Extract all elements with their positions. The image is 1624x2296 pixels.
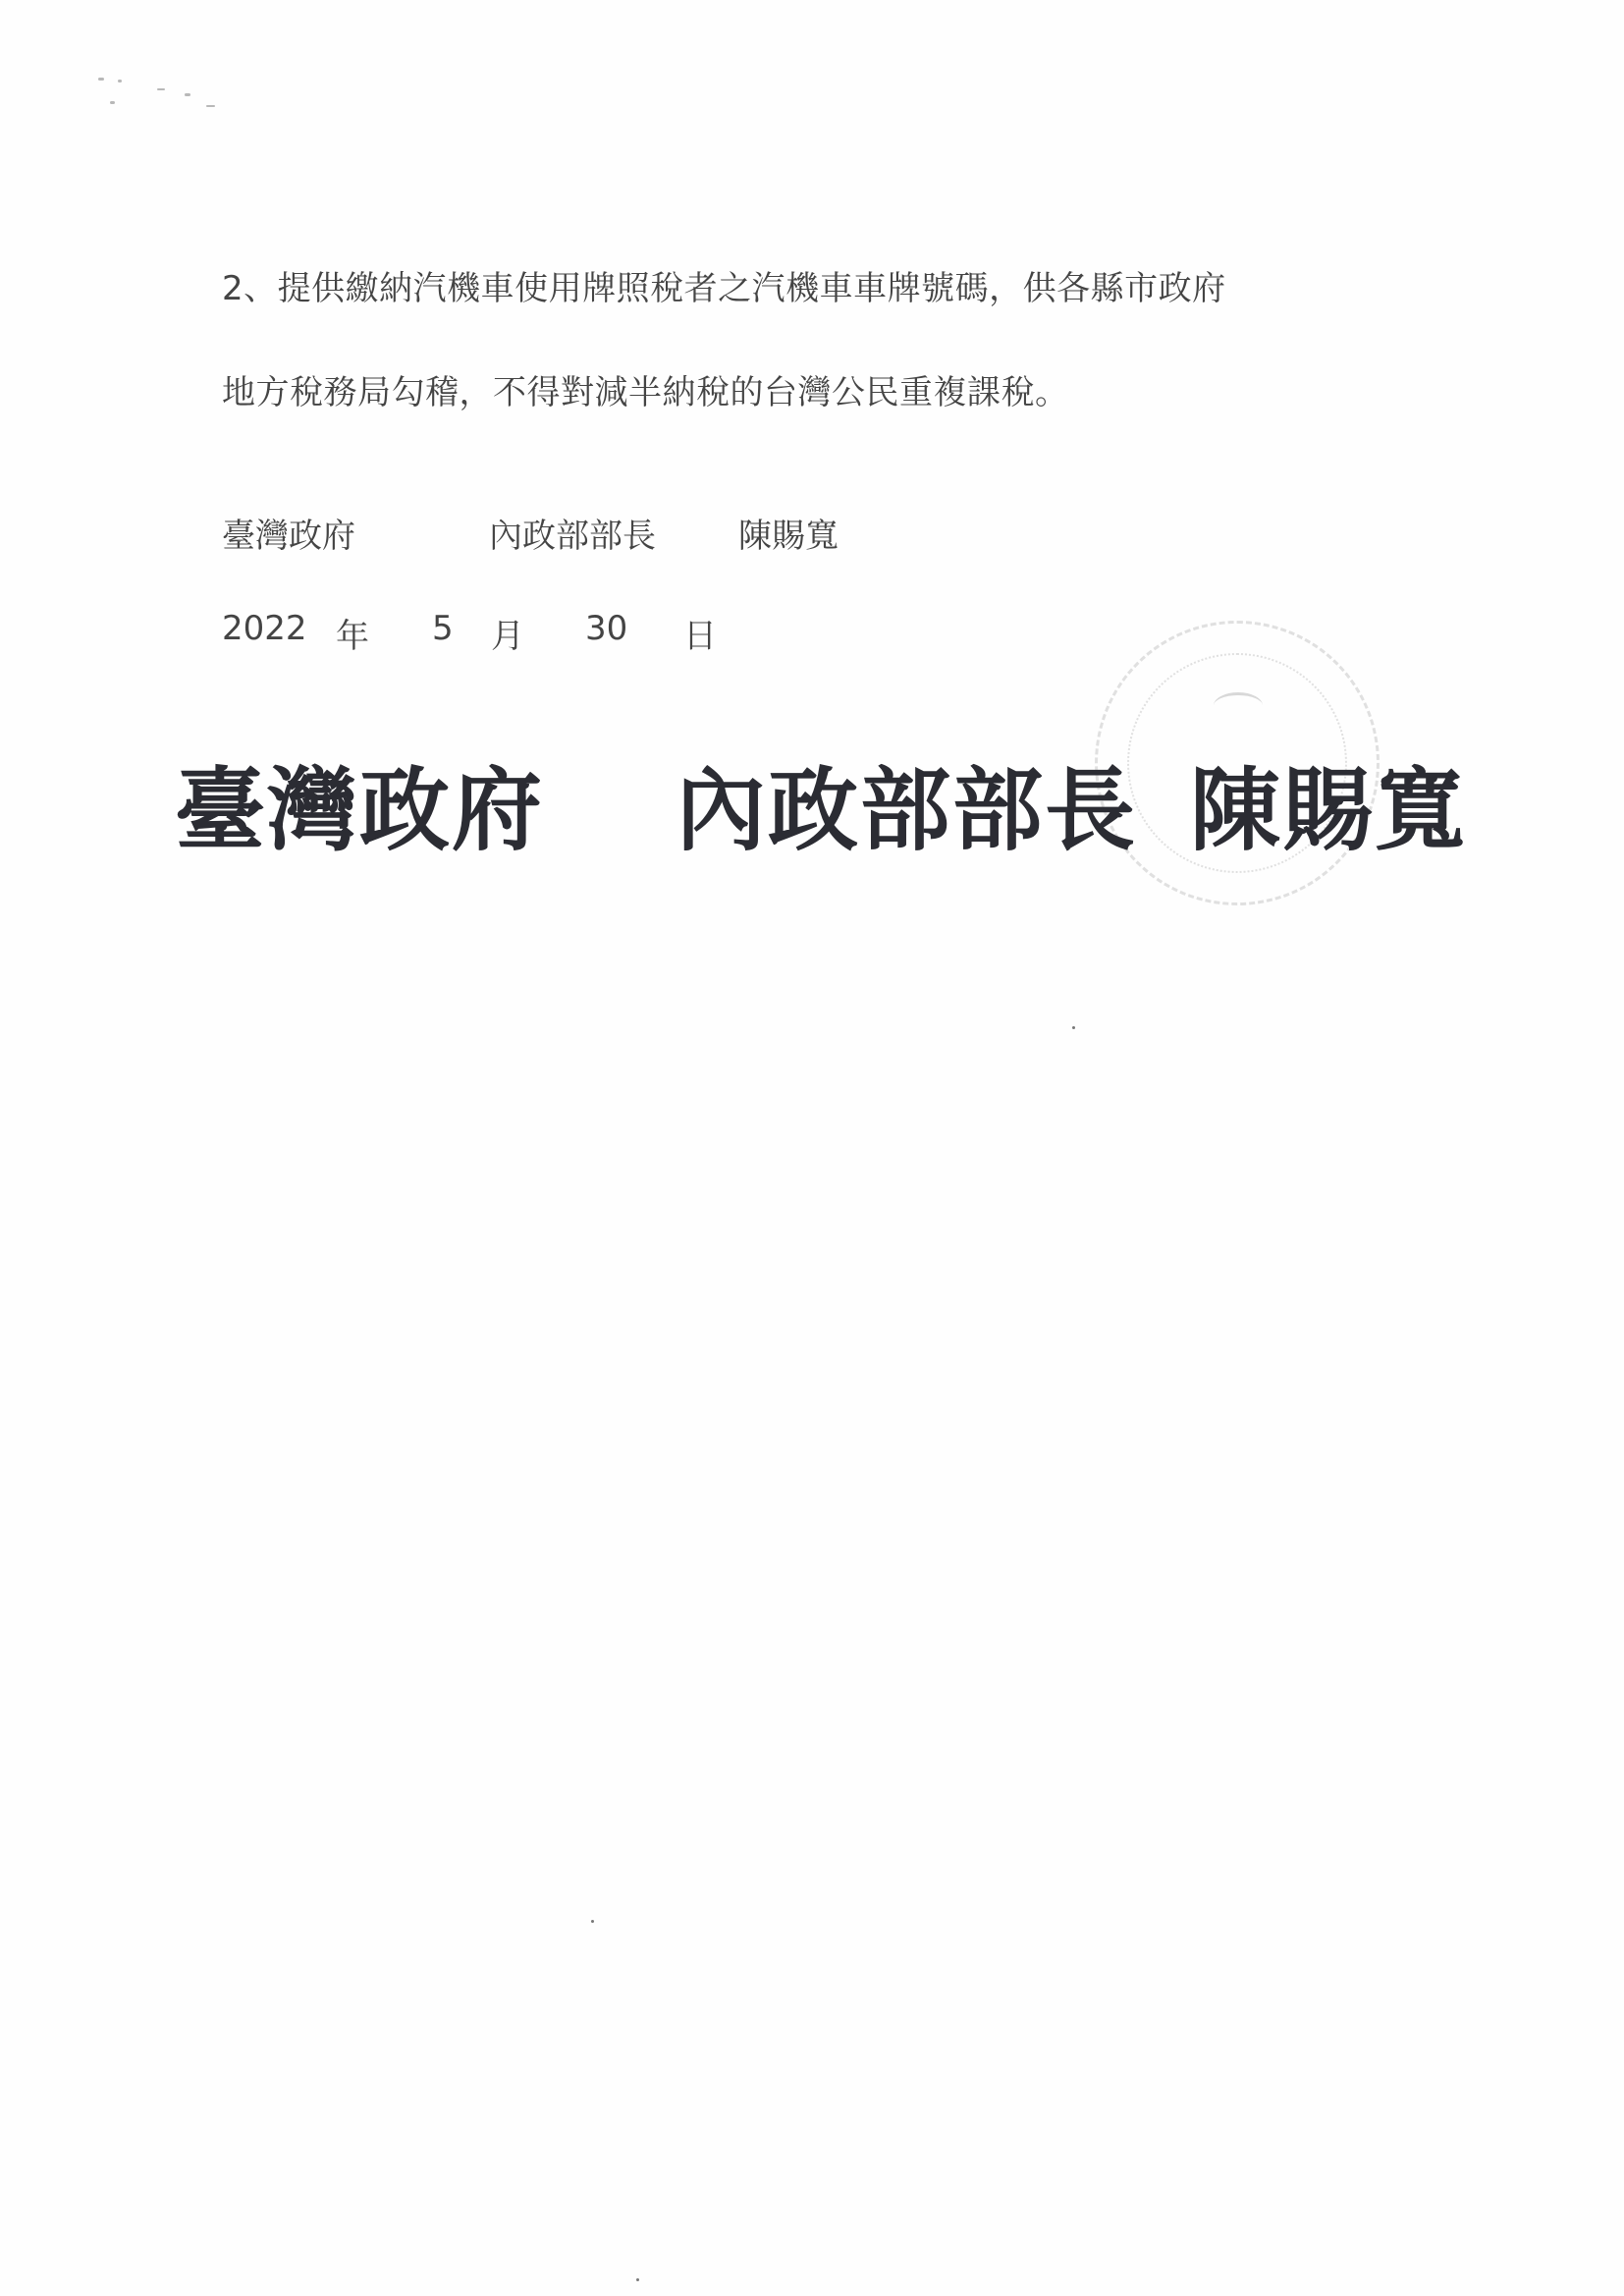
seal-emblem-icon <box>1214 692 1263 719</box>
date-year-unit: 年 <box>336 609 369 657</box>
scan-artifacts <box>98 74 226 123</box>
body-paragraph-line-1: 2、提供繳納汽機車使用牌照稅者之汽機車車牌號碼，供各縣市政府 <box>222 261 1226 309</box>
date-day-unit: 日 <box>683 609 717 657</box>
signature-government: 臺灣政府 <box>222 509 355 557</box>
date-day: 30 <box>585 609 627 648</box>
document-page: 2、提供繳納汽機車使用牌照稅者之汽機車車牌號碼，供各縣市政府 地方稅務局勾稽，不… <box>0 0 1624 2296</box>
date-month: 5 <box>432 609 454 648</box>
scan-dot <box>591 1920 594 1923</box>
signature-title: 內政部部長 <box>489 509 656 557</box>
stamp-government: 臺灣政府 <box>175 738 544 868</box>
scan-dot <box>1072 1026 1075 1029</box>
date-year: 2022 <box>222 609 307 648</box>
date-month-unit: 月 <box>491 609 524 657</box>
body-paragraph-line-2: 地方稅務局勾稽，不得對減半納稅的台灣公民重複課稅。 <box>222 365 1069 413</box>
stamp-title: 內政部部長 <box>676 738 1137 868</box>
scan-dot <box>636 2278 639 2281</box>
stamp-name: 陳賜寬 <box>1190 738 1475 868</box>
signature-name: 陳賜寬 <box>738 509 839 557</box>
